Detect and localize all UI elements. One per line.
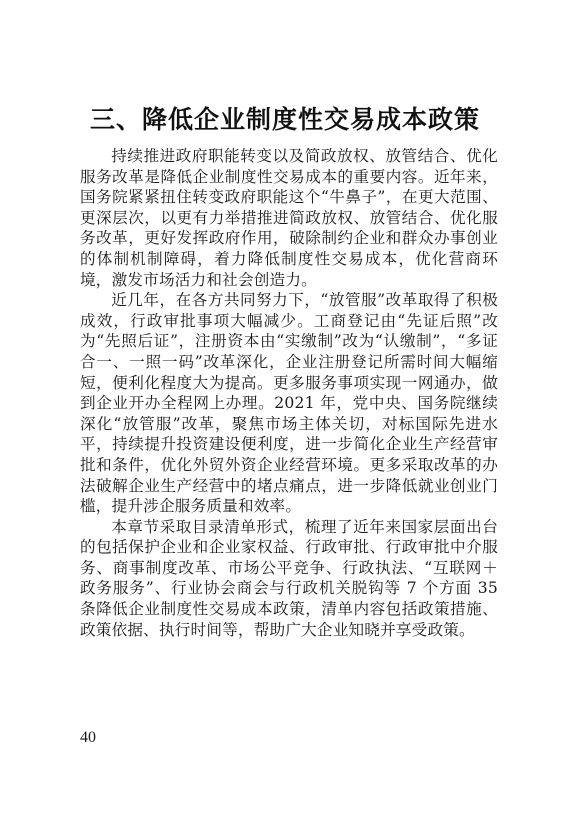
paragraph-chapter-scope: 本章节采取目录清单形式，梳理了近年来国家层面出台的包括保护企业和企业家权益、行政… bbox=[80, 517, 498, 641]
page-number: 40 bbox=[80, 729, 96, 747]
body-text: 持续推进政府职能转变以及简政放权、放管结合、优化服务改革是降低企业制度性交易成本… bbox=[80, 146, 498, 640]
document-page: 三、降低企业制度性交易成本政策 持续推进政府职能转变以及简政放权、放管结合、优化… bbox=[0, 0, 570, 816]
paragraph-progress: 近几年，在各方共同努力下，“放管服”改革取得了积极成效，行政审批事项大幅减少。工… bbox=[80, 290, 498, 517]
section-title: 三、降低企业制度性交易成本政策 bbox=[0, 104, 570, 136]
paragraph-intro: 持续推进政府职能转变以及简政放权、放管结合、优化服务改革是降低企业制度性交易成本… bbox=[80, 146, 498, 290]
